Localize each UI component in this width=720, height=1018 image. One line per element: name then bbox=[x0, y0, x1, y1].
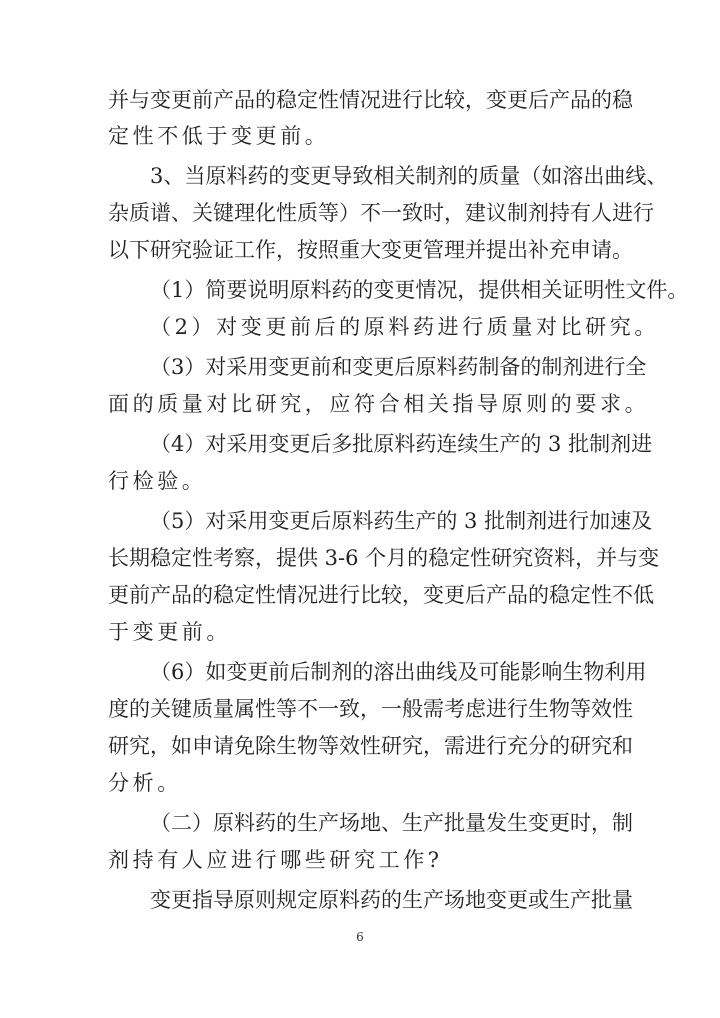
text-line: 于变更前。 bbox=[108, 618, 614, 646]
text-line: 行检验。 bbox=[108, 467, 614, 495]
text-line: 度的关键质量属性等不一致，一般需考虑进行生物等效性 bbox=[108, 695, 614, 723]
text-line: 更前产品的稳定性情况进行比较，变更后产品的稳定性不低 bbox=[108, 581, 614, 609]
text-line: （6）如变更前后制剂的溶出曲线及可能影响生物利用 bbox=[150, 658, 614, 686]
text-line: 长期稳定性考察，提供 3-6 个月的稳定性研究资料，并与变 bbox=[108, 544, 614, 572]
text-line: 变更指导原则规定原料药的生产场地变更或生产批量 bbox=[150, 886, 614, 914]
text-line: （4）对采用变更后多批原料药连续生产的 3 批制剂进 bbox=[150, 430, 614, 458]
text-line: （2）对变更前后的原料药进行质量对比研究。 bbox=[150, 313, 614, 341]
text-line: 以下研究验证工作，按照重大变更管理并提出补充申请。 bbox=[108, 236, 614, 264]
text-line: 研究，如申请免除生物等效性研究，需进行充分的研究和 bbox=[108, 732, 614, 760]
text-line: 杂质谱、关键理化性质等）不一致时，建议制剂持有人进行 bbox=[108, 199, 614, 227]
text-line: （二）原料药的生产场地、生产批量发生变更时，制 bbox=[150, 809, 614, 837]
text-line: 面的质量对比研究，应符合相关指导原则的要求。 bbox=[108, 390, 614, 418]
text-line: （3）对采用变更前和变更后原料药制备的制剂进行全 bbox=[150, 353, 614, 381]
text-line: （1）简要说明原料药的变更情况，提供相关证明性文件。 bbox=[150, 276, 614, 304]
text-line: （5）对采用变更后原料药生产的 3 批制剂进行加速及 bbox=[150, 507, 614, 535]
text-line: 3、当原料药的变更导致相关制剂的质量（如溶出曲线、 bbox=[150, 162, 614, 190]
text-line: 分析。 bbox=[108, 769, 614, 797]
page-number: 6 bbox=[0, 930, 720, 944]
text-line: 剂持有人应进行哪些研究工作? bbox=[108, 846, 614, 874]
document-page: 并与变更前产品的稳定性情况进行比较，变更后产品的稳定性不低于变更前。3、当原料药… bbox=[0, 0, 720, 1018]
text-line: 定性不低于变更前。 bbox=[108, 122, 614, 150]
text-line: 并与变更前产品的稳定性情况进行比较，变更后产品的稳 bbox=[108, 86, 614, 114]
